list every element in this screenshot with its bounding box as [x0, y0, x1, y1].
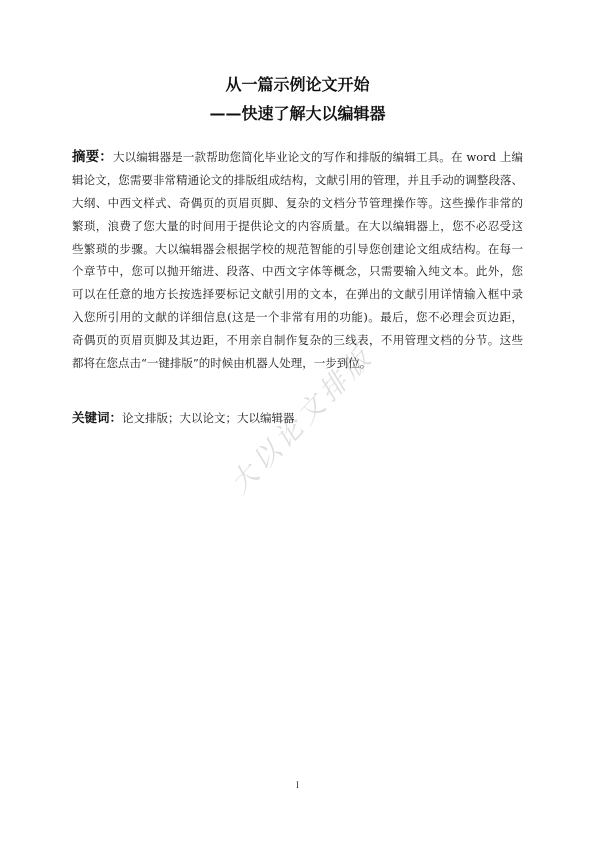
abstract-line: 个章节中，您可以抛开缩进、段落、中西文字体等概念，只需要输入纯文本。此外，您	[72, 260, 523, 283]
abstract-line: 摘要：大以编辑器是一款帮助您简化毕业论文的写作和排版的编辑工具。在 word 上…	[72, 146, 523, 169]
paper-subtitle: ——快速了解大以编辑器	[0, 104, 595, 124]
page-number: I	[0, 780, 595, 790]
abstract-label: 摘要：	[72, 149, 113, 165]
abstract-line: 繁琐，浪费了您大量的时间用于提供论文的内容质量。在大以编辑器上，您不必忍受这	[72, 215, 523, 238]
abstract-line: 可以在任意的地方长按选择要标记文献引用的文本，在弹出的文献引用详情输入框中录	[72, 283, 523, 306]
abstract-line: 奇偶页的页眉页脚及其边距，不用亲自制作复杂的三线表，不用管理文档的分节。这些	[72, 329, 523, 352]
abstract-paragraph: 摘要：大以编辑器是一款帮助您简化毕业论文的写作和排版的编辑工具。在 word 上…	[72, 146, 523, 375]
paper-title: 从一篇示例论文开始	[0, 75, 595, 95]
keywords-label: 关键词：	[72, 410, 122, 425]
abstract-line: 入您所引用的文献的详细信息(这是一个非常有用的功能)。最后，您不必理会页边距，	[72, 306, 523, 329]
abstract-line: 大纲、中西文样式、奇偶页的页眉页脚、复杂的文档分节管理操作等。这些操作非常的	[72, 192, 523, 215]
abstract-line-text: 大以编辑器是一款帮助您简化毕业论文的写作和排版的编辑工具。在 word 上编	[113, 150, 523, 164]
abstract-line: 些繁琐的步骤。大以编辑器会根据学校的规范智能的引导您创建论文组成结构。在每一	[72, 238, 523, 261]
abstract-line: 辑论文，您需要非常精通论文的排版组成结构，文献引用的管理，并且手动的调整段落、	[72, 169, 523, 192]
document-page: 从一篇示例论文开始 ——快速了解大以编辑器 摘要：大以编辑器是一款帮助您简化毕业…	[0, 0, 595, 842]
abstract-line: 都将在您点击“一键排版”的时候由机器人处理，一步到位。	[72, 352, 523, 375]
